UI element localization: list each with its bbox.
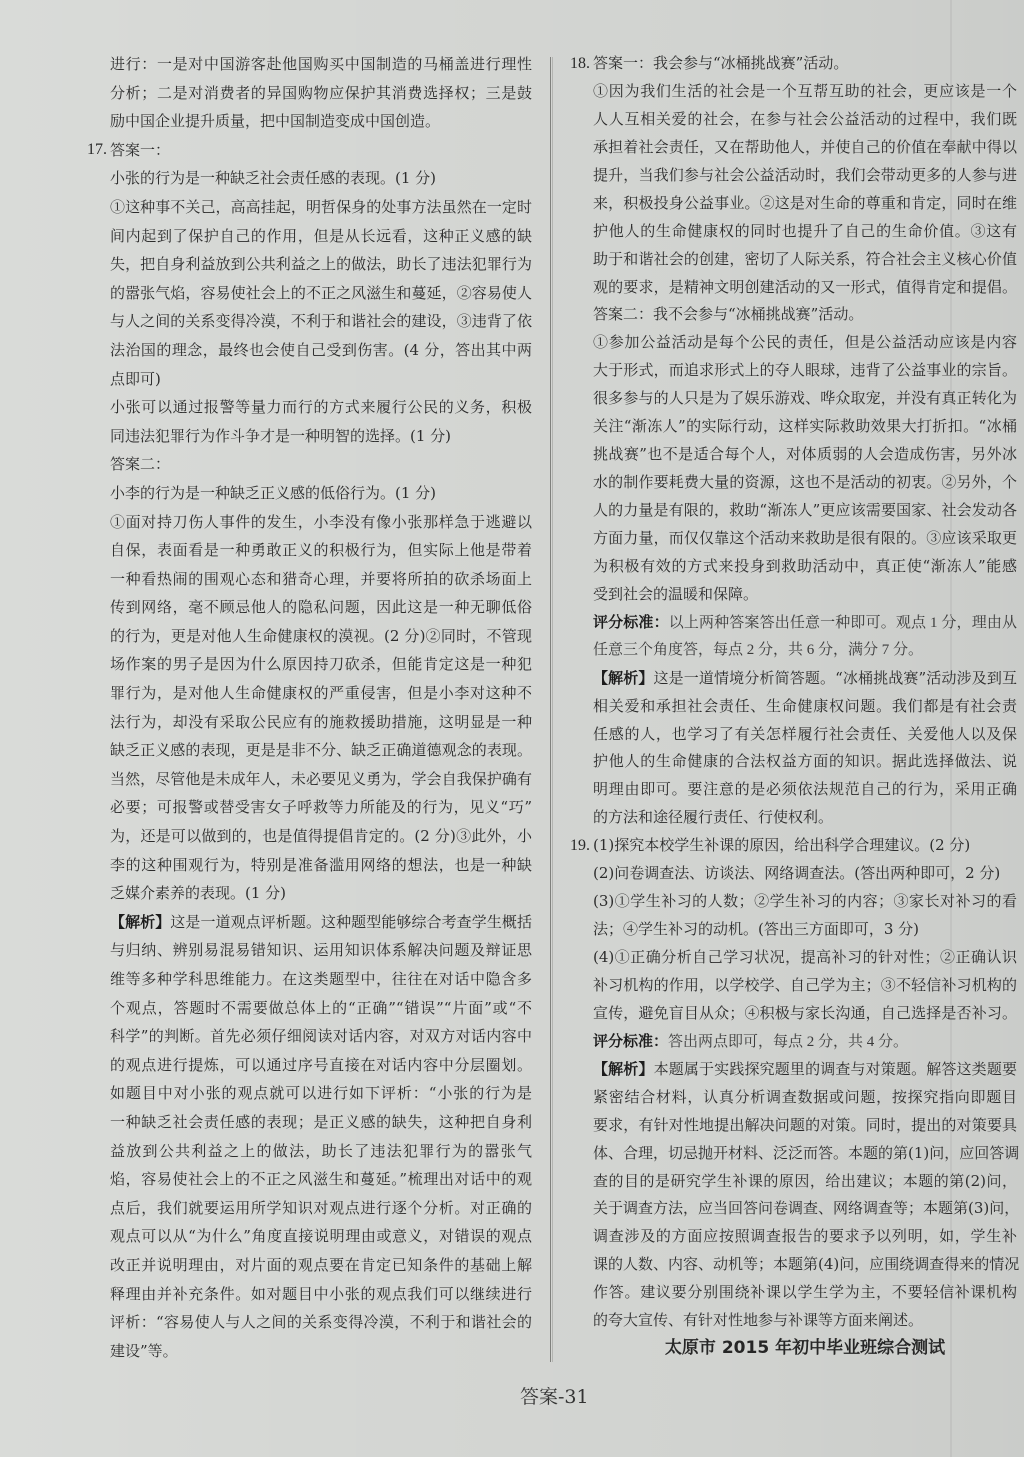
text-line: 人人互相关爱的社会，在参与社会公益活动的过程中，我们既	[593, 106, 1017, 134]
text-line: 小李的行为是一种缺乏正义感的低俗行为。(1 分)	[110, 479, 532, 508]
text-line: 乏媒介素养的表现。(1 分)	[110, 879, 532, 908]
text-line: 间内起到了保护自己的作用，但是从长远看，这种正义感的缺	[110, 222, 532, 251]
text-line: 护他人的生命健康的合法权益方面的知识。据此选择做法、说	[593, 748, 1017, 776]
text-line: 的观点进行提炼，可以通过序号直接在对话内容中分层圈划。	[110, 1051, 532, 1080]
answer-heading: 答案二：	[110, 450, 532, 479]
text-line: 观的要求，是精神文明创建活动的又一形式，值得肯定和提倡。	[593, 274, 1017, 302]
text-line: 维等多种学科思维能力。在这类题型中，往往在对话中隐含多	[110, 965, 532, 994]
text-line: 课的人数、内容、动机等；本题第(4)问，应围绕调查得来的情况	[593, 1251, 1017, 1279]
text-line: 场作案的男子是因为什么原因持刀砍杀，但能肯定这是一种犯	[110, 650, 532, 679]
text-line: ①面对持刀伤人事件的发生，小李没有像小张那样急于逃避以	[110, 508, 532, 537]
text-line: 为积极有效的方式来投身到救助活动中，真正使“渐冻人”能感	[593, 553, 1017, 581]
text-line: 体、合理，切忌抛开材料、泛泛而答。本题的第(1)问，应回答调	[593, 1140, 1017, 1168]
question-number: 17.	[87, 136, 107, 165]
line-text: 这是一道观点评析题。这种题型能够综合考查学生概括	[170, 913, 532, 931]
column-divider	[550, 57, 551, 1362]
text-line: 改正并说明理由，对片面的观点要在肯定已知条件的基础上解	[110, 1251, 532, 1280]
scoring-label: 评分标准：	[593, 613, 669, 631]
text-line: 建设”等。	[110, 1337, 532, 1366]
text-line: 来，积极投身公益事业。②这是对生命的尊重和肯定，同时在维	[593, 190, 1017, 218]
text-line: 评析：“容易使人与人之间的关系变得冷漠，不利于和谐社会的	[110, 1308, 532, 1337]
text-line: ①这种事不关己，高高挂起，明哲保身的处事方法虽然在一定时	[110, 193, 532, 222]
text-line: 同违法犯罪行为作斗争才是一种明智的选择。(1 分)	[110, 422, 532, 451]
text-line: 挑战赛”也不是适合每个人，对体质弱的人会造成伤害，另外冰	[593, 441, 1017, 469]
text-line: 为，还是可以做到的，也是值得提倡肯定的。(2 分)③此外，小	[110, 822, 532, 851]
text-line: 大于形式，而追求形式上的夺人眼球，违背了公益事业的宗旨。	[593, 357, 1017, 385]
text-line: 自保，表面看是一种勇敢正义的积极行为，但实际上他是带着	[110, 536, 532, 565]
text-line: 水的制作要耗费大量的资源，这也不是活动的初衷。②另外，个	[593, 469, 1017, 497]
line-text: (1)探究本校学生补课的原因，给出科学合理建议。(2 分)	[593, 836, 970, 854]
text-line: 点即可)	[110, 365, 532, 394]
text-line: ①因为我们生活的社会是一个互帮互助的社会，更应该是一个	[593, 78, 1017, 106]
text-line: 提升，当我们参与社会公益活动时，我们会带动更多的人参与进	[593, 162, 1017, 190]
scoring-label: 评分标准：	[593, 1032, 668, 1050]
section-heading: 太原市 2015 年初中毕业班综合测试	[593, 1335, 1017, 1363]
text-line: 必要；可报警或替受害女子呼救等力所能及的行为，见义“巧”	[110, 793, 532, 822]
text-line: 小张可以通过报警等量力而行的方式来履行公民的义务，积极	[110, 393, 532, 422]
text-line: 传到网络，毫不顾忌他人的隐私问题，因此这是一种无聊低俗	[110, 593, 532, 622]
analysis-label: 【解析】	[110, 913, 170, 931]
text-line: 分析；二是对消费者的异国购物应保护其消费选择权；三是鼓	[110, 79, 532, 108]
text-line: 法治国的理念，最终也会使自己受到伤害。(4 分，答出其中两	[110, 336, 532, 365]
text-line: 补习机构的作用，以学校学、自己学为主；③不轻信补习机构的	[593, 972, 1017, 1000]
text-line: 焰，容易使社会上的不正之风滋生和蔓延。”梳理出对话中的观	[110, 1165, 532, 1194]
text-line: 释理由并补充条件。如对题目中小张的观点我们可以继续进行	[110, 1280, 532, 1309]
text-line: (2)问卷调查法、访谈法、网络调查法。(答出两种即可，2 分)	[593, 860, 1017, 888]
answer-heading: 答案一：我会参与“冰桶挑战赛”活动。	[593, 54, 848, 72]
text-line: 人的力量是有限的，救助“渐冻人”更应该需要国家、社会发动各	[593, 497, 1017, 525]
text-line: 的嚣张气焰，容易使社会上的不正之风滋生和蔓延，②容易使人	[110, 279, 532, 308]
scoring-line: 任意三个角度答，每点 2 分，共 6 分，满分 7 分。	[593, 637, 1017, 665]
question-18-header: 18.答案一：我会参与“冰桶挑战赛”活动。	[593, 50, 1017, 78]
text-line: 如题目中对小张的观点就可以进行如下评析：“小张的行为是	[110, 1079, 532, 1108]
line-text: 以上两种答案答出任意一种即可。观点 1 分，理由从	[669, 615, 1017, 631]
scoring-line: 评分标准：答出两点即可，每点 2 分，共 4 分。	[593, 1028, 1017, 1056]
text-line: 点后，我们就要运用所学知识对观点进行逐个分析。对正确的	[110, 1194, 532, 1223]
answer-heading: 答案二：我不会参与“冰桶挑战赛”活动。	[593, 301, 1017, 329]
text-line: 承担着社会责任，又在帮助他人，并使自己的价值在奉献中得以	[593, 134, 1017, 162]
text-line: 助于和谐社会的创建，密切了人际关系，符合社会主义核心价值	[593, 246, 1017, 274]
text-line: 关注“渐冻人”的实际行动，这样实际救助效果大打折扣。“冰桶	[593, 413, 1017, 441]
text-line: 的方法和途径履行责任、行使权利。	[593, 804, 1017, 832]
text-line: 法行为，却没有采取公民应有的施救援助措施，这明显是一种	[110, 708, 532, 737]
text-line: 小张的行为是一种缺乏社会责任感的表现。(1 分)	[110, 164, 532, 193]
question-19-header: 19.(1)探究本校学生补课的原因，给出科学合理建议。(2 分)	[593, 832, 1017, 860]
text-line: 查的目的是研究学生补课的原因，给出建议；本题的第(2)问，	[593, 1168, 1017, 1196]
text-line: 法；④学生补习的动机。(答出三方面即可，3 分)	[593, 916, 1017, 944]
text-line: 的行为，更是对他人生命健康权的漠视。(2 分)②同时，不管现	[110, 622, 532, 651]
text-line: 要求，有针对性地提出解决问题的对策。同时，提出的对策要具	[593, 1112, 1017, 1140]
text-line: 很多参与的人只是为了娱乐游戏、哗众取宠，并没有真正转化为	[593, 385, 1017, 413]
text-line: 当然，尽管他是未成年人，未必要见义勇为，学会自我保护确有	[110, 765, 532, 794]
text-line: 罪行为，是对他人生命健康权的严重侵害，但是小李对这种不	[110, 679, 532, 708]
text-line: 进行：一是对中国游客赴他国购买中国制造的马桶盖进行理性	[110, 50, 532, 79]
analysis-line: 【解析】这是一道观点评析题。这种题型能够综合考查学生概括	[110, 908, 532, 937]
right-column: 18.答案一：我会参与“冰桶挑战赛”活动。 ①因为我们生活的社会是一个互帮互助的…	[593, 50, 1017, 1363]
text-line: 与归纳、辨别易混易错知识、运用知识体系解决问题及辩证思	[110, 936, 532, 965]
text-line: 李的这种围观行为，特别是准备滥用网络的想法，也是一种缺	[110, 851, 532, 880]
text-line: 宣传，避免盲目从众；④积极与家长沟通，自己选择是否补习。	[593, 1000, 1017, 1028]
text-line: 作答。建议要分别围绕补课以学生学为主，不要轻信补课机构	[593, 1279, 1017, 1307]
question-number: 18.	[570, 50, 590, 78]
page-number: 答案-31	[520, 1382, 589, 1409]
text-line: 失，把自身利益放到公共利益之上的做法，助长了违法犯罪行为	[110, 250, 532, 279]
line-text: 这是一道情境分析简答题。“冰桶挑战赛”活动涉及到互	[654, 669, 1017, 687]
text-line: 缺乏正义感的表现，更是是非不分、缺乏正确道德观念的表现。	[110, 736, 532, 765]
answer-heading: 答案一：	[110, 141, 170, 159]
text-line: 相关爱和承担社会责任、生命健康权问题。我们都是有社会责	[593, 693, 1017, 721]
line-text: 答出两点即可，每点 2 分，共 4 分。	[668, 1034, 908, 1050]
text-line: 调查涉及的方面应按照调查报告的要求予以列明，如，学生补	[593, 1223, 1017, 1251]
left-column: 进行：一是对中国游客赴他国购买中国制造的马桶盖进行理性 分析；二是对消费者的异国…	[110, 50, 532, 1365]
text-line: 一种看热闹的围观心态和猎奇心理，并要将所拍的砍杀场面上	[110, 565, 532, 594]
question-17-header: 17.答案一：	[110, 136, 532, 165]
scoring-line: 评分标准：以上两种答案答出任意一种即可。观点 1 分，理由从	[593, 609, 1017, 637]
text-line: 紧密结合材料，认真分析调查数据或问题，按探究指向即题目	[593, 1084, 1017, 1112]
text-line: 个观点，答题时不需要做总体上的“正确”“错误”“片面”或“不	[110, 994, 532, 1023]
analysis-label: 【解析】	[593, 669, 654, 687]
text-line: 励中国企业提升质量，把中国制造变成中国创造。	[110, 107, 532, 136]
text-line: 关于调查方法，应当回答问卷调查、网络调查等；本题第(3)问，	[593, 1195, 1017, 1223]
text-line: ①参加公益活动是每个公民的责任，但是公益活动应该是内容	[593, 329, 1017, 357]
text-line: 明理由即可。要注意的是必须依法规范自己的行为，采用正确	[593, 776, 1017, 804]
analysis-line: 【解析】本题属于实践探究题里的调查与对策题。解答这类题要	[593, 1056, 1017, 1084]
question-number: 19.	[570, 832, 590, 860]
line-text: 本题属于实践探究题里的调查与对策题。解答这类题要	[654, 1060, 1017, 1078]
text-line: 观点可以从“为什么”角度直接说明理由或意义，对错误的观点	[110, 1222, 532, 1251]
analysis-line: 【解析】这是一道情境分析简答题。“冰桶挑战赛”活动涉及到互	[593, 665, 1017, 693]
text-line: 益放到公共利益之上的做法，助长了违法犯罪行为的嚣张气	[110, 1137, 532, 1166]
text-line: 任感的人，也学习了有关怎样履行社会责任、关爱他人以及保	[593, 721, 1017, 749]
text-line: 与人之间的关系变得冷漠，不利于和谐社会的建设，③违背了依	[110, 307, 532, 336]
text-line: 的夸大宣传、有针对性地参与补课等方面来阐述。	[593, 1307, 1017, 1335]
text-line: 科学”的判断。首先必须仔细阅读对话内容，对双方对话内容中	[110, 1022, 532, 1051]
analysis-label: 【解析】	[593, 1060, 654, 1078]
text-line: 护他人的生命健康权的同时也提升了自己的生命价值。③这有	[593, 218, 1017, 246]
text-line: 一种缺乏社会责任感的表现；是正义感的缺失，这种把自身利	[110, 1108, 532, 1137]
text-line: 受到社会的温暖和保障。	[593, 581, 1017, 609]
text-line: (4)①正确分析自己学习状况，提高补习的针对性；②正确认识	[593, 944, 1017, 972]
text-line: 方面力量，而仅仅靠这个活动来救助是很有限的。③应该采取更	[593, 525, 1017, 553]
text-line: (3)①学生补习的人数；②学生补习的内容；③家长对补习的看	[593, 888, 1017, 916]
